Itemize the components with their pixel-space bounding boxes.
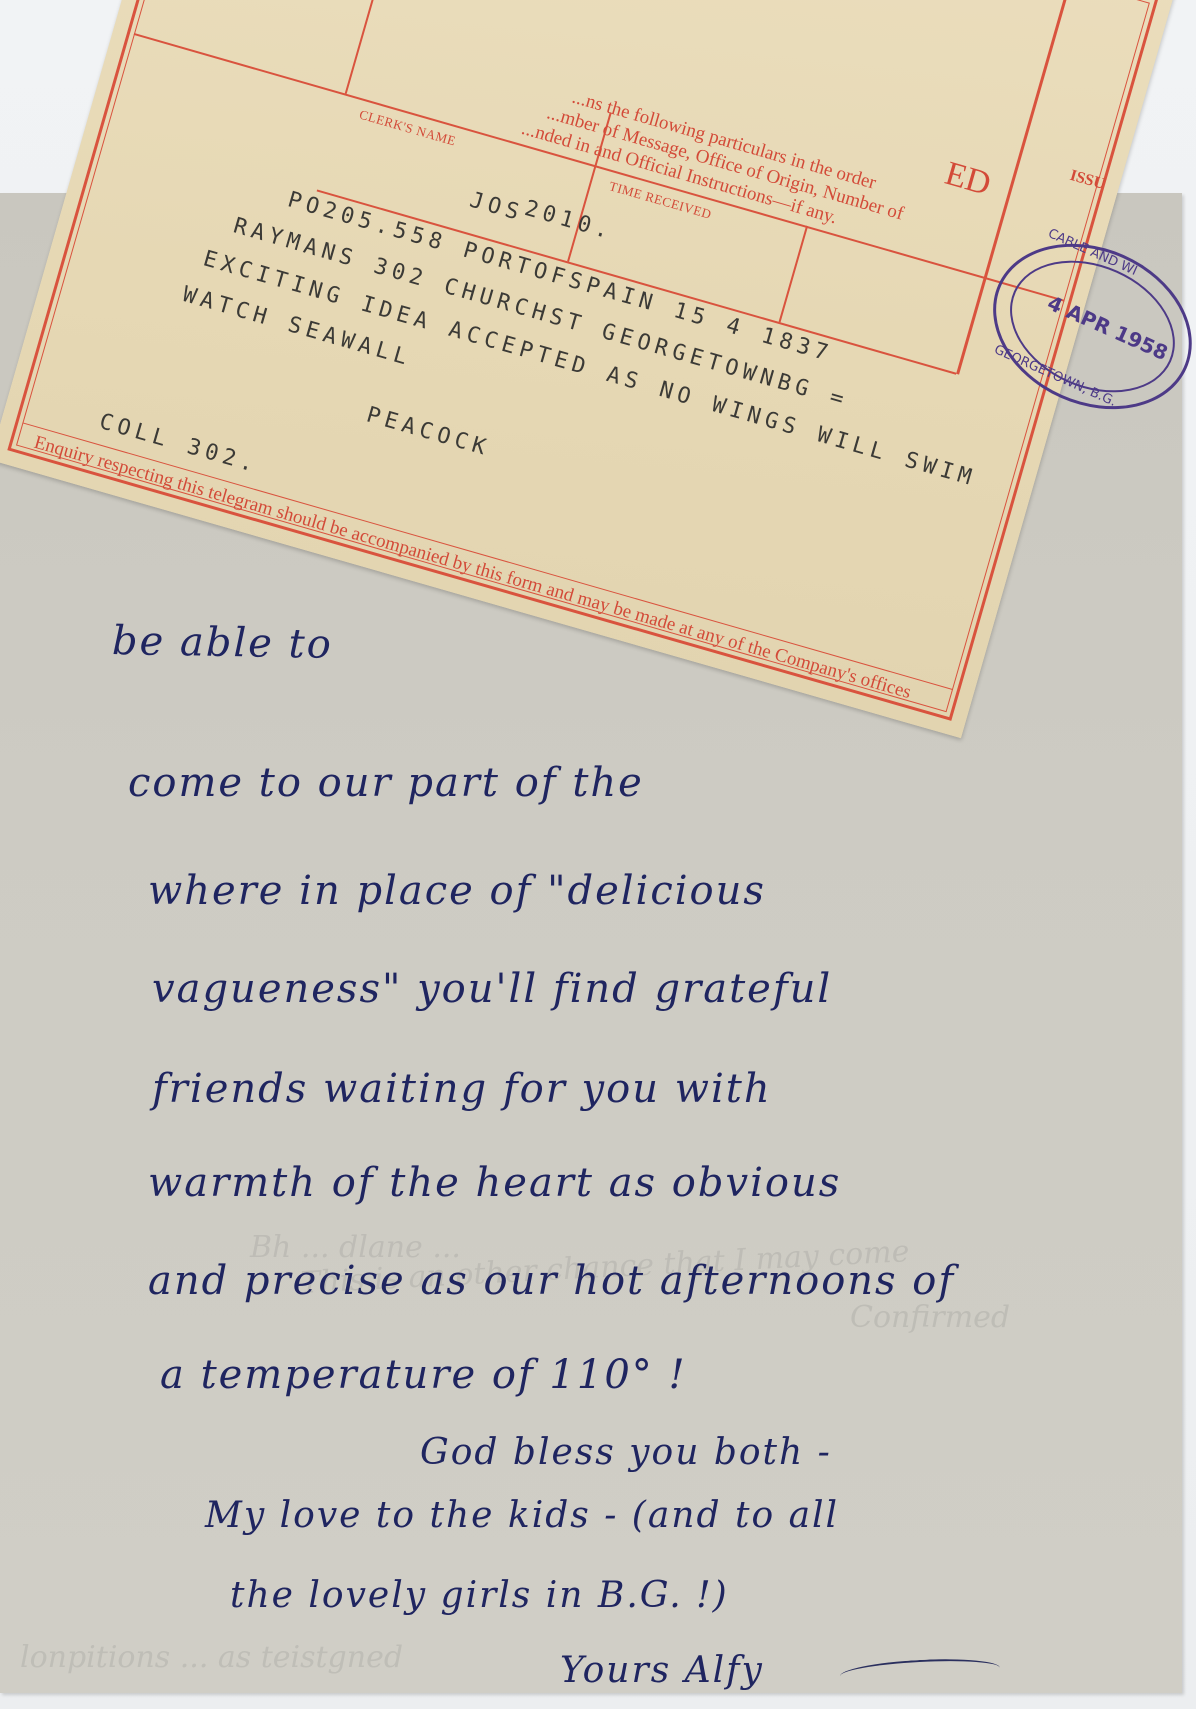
handwritten-line: My love to the kids - (and to all (205, 1495, 839, 1536)
handwritten-line: a temperature of 110° ! (160, 1352, 687, 1398)
handwritten-line: vagueness" you'll find grateful (152, 966, 832, 1012)
bleed-through-text: lonpitions ... as teistgned (20, 1640, 403, 1675)
handwritten-line: warmth of the heart as obvious (148, 1160, 841, 1206)
handwritten-line: come to our part of the (128, 760, 644, 806)
handwritten-line: friends waiting for you with (152, 1066, 772, 1112)
handwritten-line: the lovely girls in B.G. !) (230, 1575, 729, 1616)
handwritten-line: be able to (112, 618, 334, 668)
closing-blessing: God bless you both - (420, 1432, 832, 1473)
signature: Yours Alfy (560, 1650, 764, 1691)
handwritten-line: and precise as our hot afternoons of (148, 1258, 955, 1304)
handwritten-line: where in place of "delicious (148, 868, 766, 914)
bleed-through-text: Confirmed (850, 1300, 1010, 1335)
